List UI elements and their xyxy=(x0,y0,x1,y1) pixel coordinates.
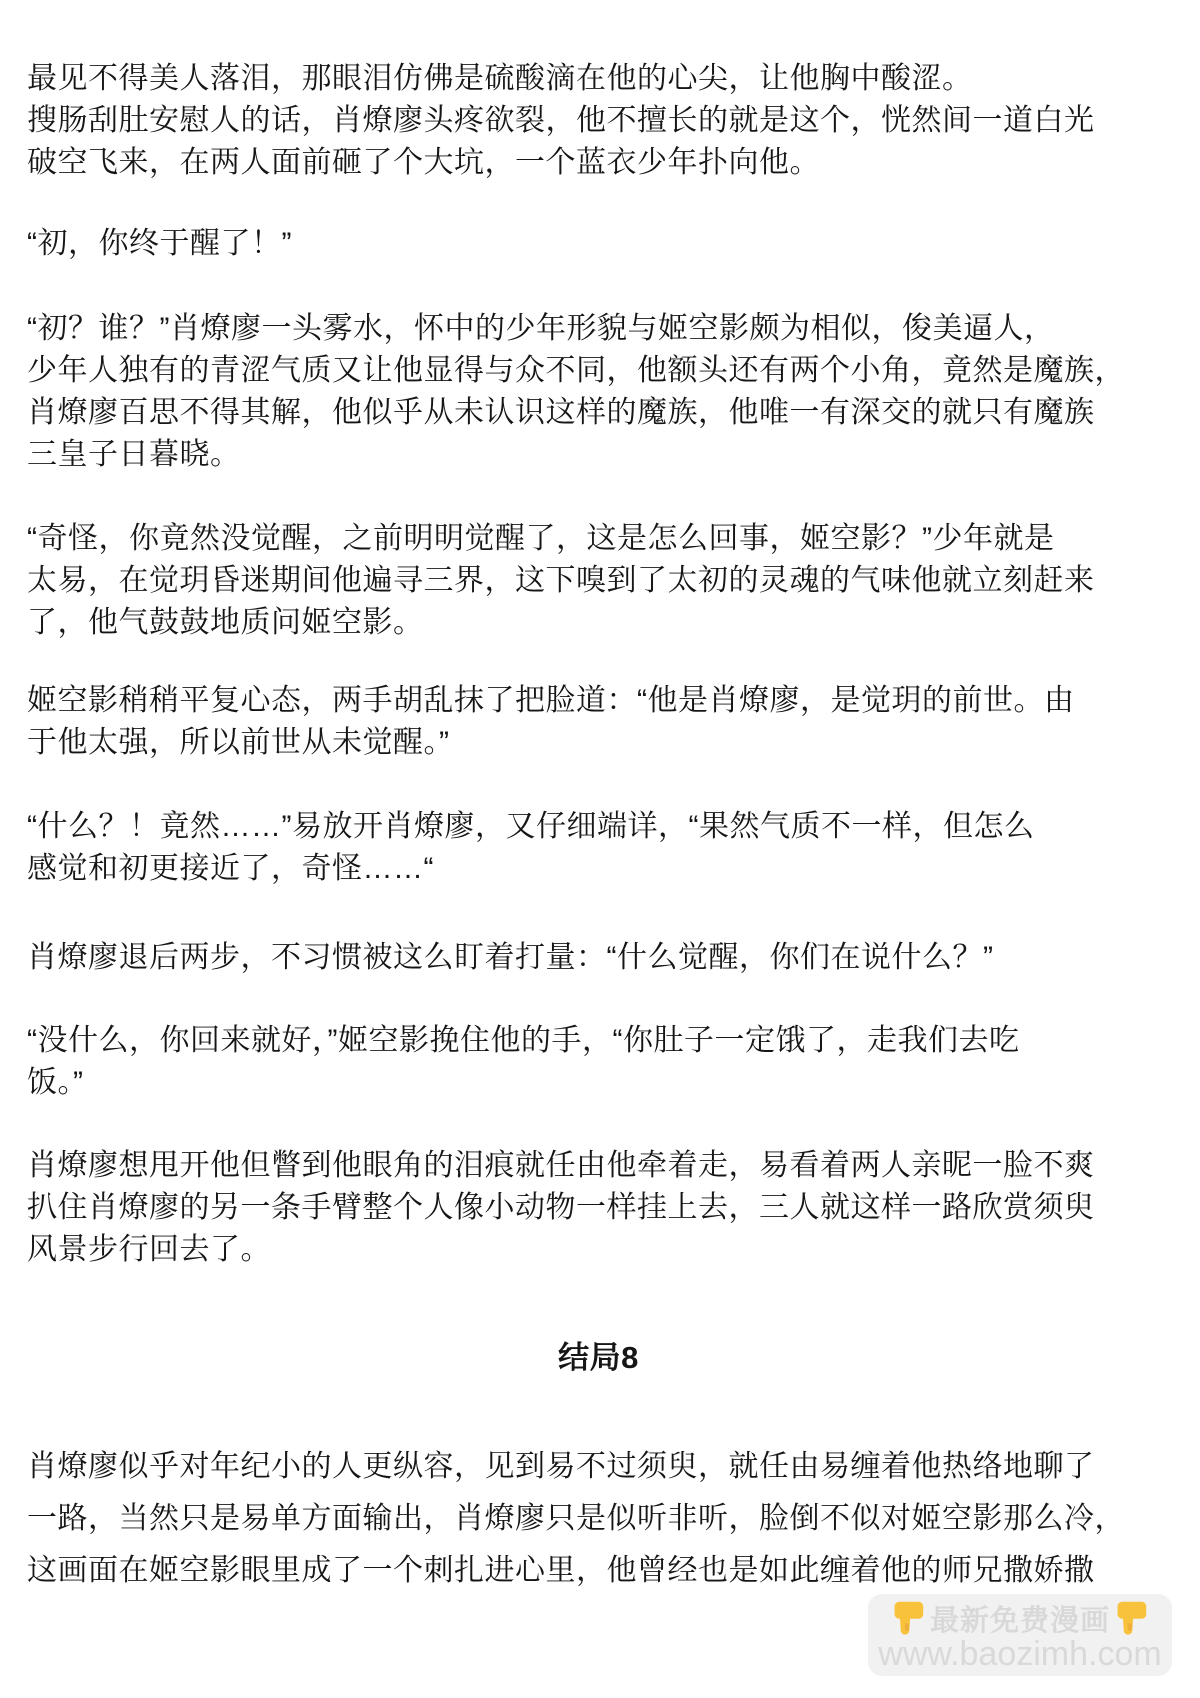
story-paragraph: “没什么，你回来就好，”姬空影挽住他的手，“你肚子一定饿了，走我们去吃 饭。” xyxy=(27,1020,1170,1104)
story-paragraph: 肖燎廖退后两步，不习惯被这么盯着打量：“什么觉醒，你们在说什么？” xyxy=(27,937,1170,979)
point-down-finger-icon xyxy=(893,1600,924,1636)
story-paragraph: 最见不得美人落泪，那眼泪仿佛是硫酸滴在他的心尖，让他胸中酸涩。 搜肠刮肚安慰人的… xyxy=(27,58,1170,184)
page: { "page": { "background_color": "#ffffff… xyxy=(0,0,1200,1698)
story-paragraph: “奇怪，你竟然没觉醒，之前明明觉醒了，这是怎么回事，姬空影？”少年就是 太易，在… xyxy=(27,518,1170,644)
story-paragraph-dialogue: “初，你终于醒了！” xyxy=(27,223,1170,265)
watermark: 最新免费漫画 www.baozimh.com xyxy=(868,1594,1172,1676)
section-heading: 结局8 xyxy=(27,1337,1170,1379)
watermark-title: 最新免费漫画 xyxy=(930,1598,1110,1639)
story-paragraph: “什么？！竟然……”易放开肖燎廖，又仔细端详，“果然气质不一样，但怎么 感觉和初… xyxy=(27,806,1170,890)
story-paragraph: “初？谁？”肖燎廖一头雾水，怀中的少年形貌与姬空影颇为相似，俊美逼人， 少年人独… xyxy=(27,308,1170,476)
story-paragraph: 肖燎廖想甩开他但瞥到他眼角的泪痕就任由他牵着走，易看着两人亲昵一脸不爽 扒住肖燎… xyxy=(27,1145,1170,1271)
point-down-finger-icon xyxy=(1116,1600,1147,1636)
watermark-url: www.baozimh.com xyxy=(878,1635,1161,1674)
story-paragraph: 姬空影稍稍平复心态，两手胡乱抹了把脸道：“他是肖燎廖，是觉玥的前世。由 于他太强… xyxy=(27,680,1170,764)
story-paragraph: 肖燎廖似乎对年纪小的人更纵容，见到易不过须臾，就任由易缠着他热络地聊了 一路，当… xyxy=(27,1441,1170,1597)
watermark-title-row: 最新免费漫画 xyxy=(893,1598,1147,1638)
story-text-column: 最见不得美人落泪，那眼泪仿佛是硫酸滴在他的心尖，让他胸中酸涩。 搜肠刮肚安慰人的… xyxy=(27,0,1170,1597)
